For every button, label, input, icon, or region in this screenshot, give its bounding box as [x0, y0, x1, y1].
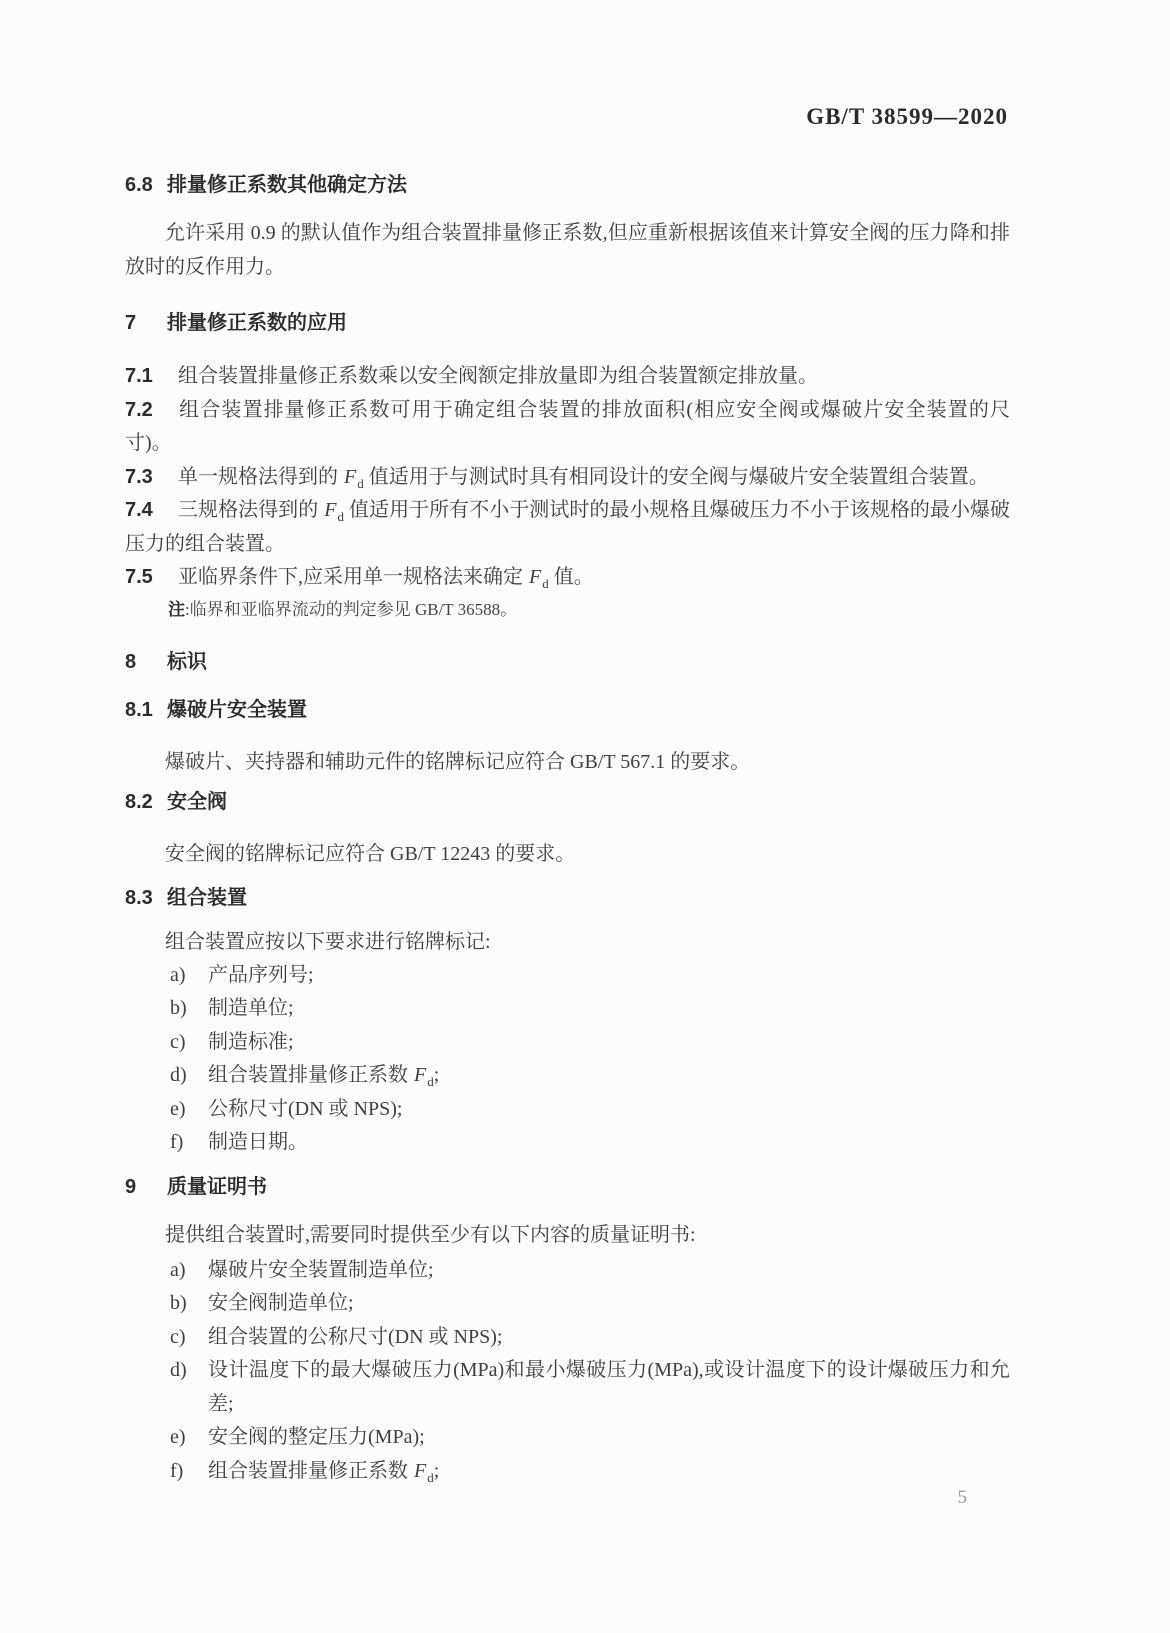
paragraph-8-2: 安全阀的铭牌标记应符合 GB/T 12243 的要求。: [125, 837, 1010, 871]
note-7: 注:临界和亚临界流动的判定参见 GB/T 36588。: [125, 595, 1010, 625]
section-number: 6.8: [125, 170, 167, 200]
clause-text-post: 值适用于与测试时具有相同设计的安全阀与爆破片安全装置组合装置。: [364, 466, 989, 488]
note-text: :临界和亚临界流动的判定参见 GB/T 36588。: [185, 600, 517, 619]
fd-symbol: Fd: [323, 499, 344, 521]
list-item-text: 组合装置排量修正系数 Fd;: [208, 1059, 1010, 1093]
list-item-label: b): [170, 992, 208, 1026]
list-item: a)产品序列号;: [170, 959, 1010, 993]
list-item-label: e): [170, 1093, 208, 1127]
clause-number: 7.2: [125, 394, 178, 428]
quality-certificate-list: a)爆破片安全装置制造单位; b)安全阀制造单位; c)组合装置的公称尺寸(DN…: [125, 1254, 1010, 1489]
clause-text-pre: 亚临界条件下,应采用单一规格法来确定: [178, 566, 528, 588]
chapter-number: 7: [125, 308, 167, 338]
section-heading-8-3: 8.3组合装置: [125, 883, 1010, 913]
list-item-text-post: ;: [434, 1460, 440, 1482]
list-item-text: 公称尺寸(DN 或 NPS);: [208, 1093, 1010, 1127]
list-item: f)制造日期。: [170, 1126, 1010, 1160]
section-heading-8-2: 8.2安全阀: [125, 787, 1010, 817]
chapter-heading-9: 9质量证明书: [125, 1172, 1010, 1202]
list-item: d)设计温度下的最大爆破压力(MPa)和最小爆破压力(MPa),或设计温度下的设…: [170, 1354, 1010, 1421]
fd-symbol-main: F: [528, 566, 542, 588]
page-number: 5: [958, 1487, 968, 1509]
chapter-heading-7: 7排量修正系数的应用: [125, 308, 1010, 338]
list-item-label: c): [170, 1026, 208, 1060]
clause-text-pre: 三规格法得到的: [178, 499, 323, 521]
list-item-label: b): [170, 1287, 208, 1321]
list-item-label: a): [170, 959, 208, 993]
list-item: b)制造单位;: [170, 992, 1010, 1026]
paragraph-6-8: 允许采用 0.9 的默认值作为组合装置排量修正系数,但应重新根据该值来计算安全阀…: [125, 216, 1010, 284]
fd-symbol-main: F: [413, 1064, 427, 1086]
clause-number: 7.5: [125, 561, 178, 595]
section-title: 安全阀: [167, 791, 227, 813]
marking-requirements-list: a)产品序列号; b)制造单位; c)制造标准; d)组合装置排量修正系数 Fd…: [125, 959, 1010, 1160]
section-number: 8.3: [125, 883, 167, 913]
list-item: c)制造标准;: [170, 1026, 1010, 1060]
chapter-heading-8: 8标识: [125, 647, 1010, 677]
list-item-label: f): [170, 1126, 208, 1160]
section-number: 8.1: [125, 695, 167, 725]
list-item-label: c): [170, 1321, 208, 1355]
list-item-text: 制造标准;: [208, 1026, 1010, 1060]
list-item-text: 产品序列号;: [208, 959, 1010, 993]
clause-text-pre: 单一规格法得到的: [178, 466, 343, 488]
paragraph-8-1: 爆破片、夹持器和辅助元件的铭牌标记应符合 GB/T 567.1 的要求。: [125, 745, 1010, 779]
clause-7-3: 7.3单一规格法得到的 Fd 值适用于与测试时具有相同设计的安全阀与爆破片安全装…: [125, 461, 1010, 495]
clause-text: 组合装置排量修正系数可用于确定组合装置的排放面积(相应安全阀或爆破片安全装置的尺…: [125, 399, 1010, 455]
fd-symbol-main: F: [413, 1460, 427, 1482]
clause-7-1: 7.1组合装置排量修正系数乘以安全阀额定排放量即为组合装置额定排放量。: [125, 360, 1010, 394]
list-item-text: 安全阀制造单位;: [208, 1287, 1010, 1321]
list-item-text: 设计温度下的最大爆破压力(MPa)和最小爆破压力(MPa),或设计温度下的设计爆…: [208, 1354, 1010, 1421]
chapter-title: 质量证明书: [167, 1176, 267, 1198]
chapter-title: 标识: [167, 651, 207, 673]
section-heading-6-8: 6.8排量修正系数其他确定方法: [125, 170, 1010, 200]
list-item-text: 制造日期。: [208, 1126, 1010, 1160]
list-item-text-pre: 组合装置排量修正系数: [208, 1460, 413, 1482]
list-item: d)组合装置排量修正系数 Fd;: [170, 1059, 1010, 1093]
clause-number: 7.3: [125, 461, 178, 495]
clause-text: 组合装置排量修正系数乘以安全阀额定排放量即为组合装置额定排放量。: [178, 365, 818, 387]
list-item-label: a): [170, 1254, 208, 1288]
list-item: f)组合装置排量修正系数 Fd;: [170, 1455, 1010, 1489]
list-item: e)安全阀的整定压力(MPa);: [170, 1421, 1010, 1455]
list-item-label: e): [170, 1421, 208, 1455]
fd-symbol: Fd: [413, 1460, 434, 1482]
clause-7-5: 7.5亚临界条件下,应采用单一规格法来确定 Fd 值。: [125, 561, 1010, 595]
section-heading-8-1: 8.1爆破片安全装置: [125, 695, 1010, 725]
standard-document-page: GB/T 38599—2020 6.8排量修正系数其他确定方法 允许采用 0.9…: [0, 0, 1170, 1633]
section-title: 爆破片安全装置: [167, 699, 307, 721]
list-item-text: 制造单位;: [208, 992, 1010, 1026]
chapter-number: 9: [125, 1172, 167, 1202]
list-item: c)组合装置的公称尺寸(DN 或 NPS);: [170, 1321, 1010, 1355]
list-item-label: f): [170, 1455, 208, 1489]
paragraph-9: 提供组合装置时,需要同时提供至少有以下内容的质量证明书:: [125, 1218, 1010, 1252]
clause-number: 7.1: [125, 360, 178, 394]
fd-symbol: Fd: [528, 566, 549, 588]
list-item-label: d): [170, 1354, 208, 1421]
list-item-text: 爆破片安全装置制造单位;: [208, 1254, 1010, 1288]
page-content: 6.8排量修正系数其他确定方法 允许采用 0.9 的默认值作为组合装置排量修正系…: [125, 0, 1010, 1488]
chapter-title: 排量修正系数的应用: [167, 312, 347, 334]
list-item-text-pre: 组合装置排量修正系数: [208, 1064, 413, 1086]
list-item: b)安全阀制造单位;: [170, 1287, 1010, 1321]
clause-7-4: 7.4三规格法得到的 Fd 值适用于所有不小于测试时的最小规格且爆破压力不小于该…: [125, 494, 1010, 561]
clause-number: 7.4: [125, 494, 178, 528]
clause-text-post: 值。: [549, 566, 594, 588]
section-title: 排量修正系数其他确定方法: [167, 174, 407, 196]
paragraph-8-3: 组合装置应按以下要求进行铭牌标记:: [125, 925, 1010, 959]
list-item-text: 组合装置的公称尺寸(DN 或 NPS);: [208, 1321, 1010, 1355]
fd-symbol: Fd: [413, 1064, 434, 1086]
section-number: 8.2: [125, 787, 167, 817]
list-item-label: d): [170, 1059, 208, 1093]
note-label: 注: [168, 600, 185, 619]
list-item: e)公称尺寸(DN 或 NPS);: [170, 1093, 1010, 1127]
list-item: a)爆破片安全装置制造单位;: [170, 1254, 1010, 1288]
fd-symbol: Fd: [343, 466, 364, 488]
chapter-number: 8: [125, 647, 167, 677]
fd-symbol-main: F: [323, 499, 337, 521]
list-item-text: 组合装置排量修正系数 Fd;: [208, 1455, 1010, 1489]
fd-symbol-main: F: [343, 466, 357, 488]
list-item-text: 安全阀的整定压力(MPa);: [208, 1421, 1010, 1455]
list-item-text-post: ;: [434, 1064, 440, 1086]
section-title: 组合装置: [167, 887, 247, 909]
clause-7-2: 7.2组合装置排量修正系数可用于确定组合装置的排放面积(相应安全阀或爆破片安全装…: [125, 394, 1010, 461]
